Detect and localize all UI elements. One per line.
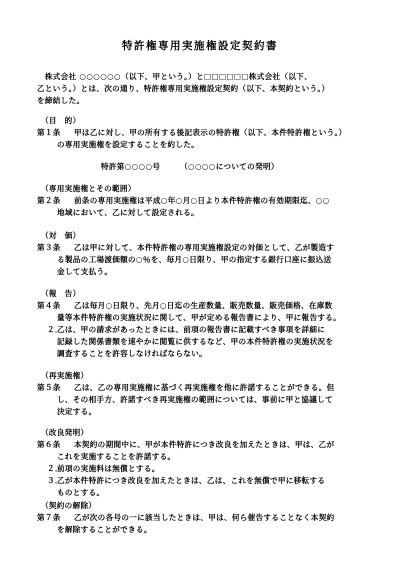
article-text: これを実施することを許諾する。	[57, 452, 175, 462]
patent-line: 特許第○○○○号 （○○○○についての発明）	[101, 162, 279, 172]
article-heading: （報 告）	[41, 289, 80, 299]
article-text: 金して支払う。	[57, 267, 112, 277]
article-number: 第６条	[37, 440, 61, 450]
article-number: 第５条	[37, 383, 61, 393]
sub-item-text: 調査することを許容しなければならない。	[57, 349, 207, 359]
document-title: 特許権専用実施権設定契約書	[0, 38, 400, 53]
article-text: 決定する。	[57, 407, 96, 417]
sub-item-text: 乙は、甲の請求があったときには、前項の報告書に記載すべき事項を詳細に	[57, 325, 325, 335]
sub-item-text: ものとする。	[57, 488, 104, 498]
article-text: 乙は甲に対して、本件特許権の専用実施権設定の対価として、乙が製造す	[74, 243, 334, 253]
article-text: る製品の工場渡価額の○％を、毎月○日限り、甲の指定する銀行口座に振込送	[57, 255, 331, 265]
sub-item-text: 前項の実施料は無償とする。	[57, 464, 160, 474]
article-number: 第２条	[37, 196, 61, 206]
article-text: を解除することができる。	[57, 525, 152, 535]
article-text: 前条の専用実施権は平成○年○月○日より本件特許権の有効期限迄、○○	[74, 196, 330, 206]
article-heading: （対 価）	[41, 231, 80, 241]
article-heading: （目 的）	[41, 116, 80, 126]
article-text: の専用実施権を設定することを約した。	[57, 140, 199, 150]
article-number: 第１条	[37, 128, 61, 138]
article-text: 乙が次の各号の一に該当したときは、甲は、何ら催告することなく本契約	[74, 513, 335, 523]
preamble-line: 乙という。）とは、次の通り、特許権専用実施権設定契約（以下、本契約という。）	[37, 84, 329, 94]
article-number: 第４条	[37, 301, 61, 311]
article-number: 第３条	[37, 243, 61, 253]
article-text: 量等本件特許権の実施状況に関して、甲が定める報告書により、甲に報告する。	[57, 313, 341, 323]
article-text: し、その相手方、許諾すべき再実施権の範囲については、事前に甲と協議して	[57, 395, 333, 405]
sub-item-text: 乙が本件特許につき改良を加えたときは、乙は、これを無償で甲に移転する	[57, 476, 325, 486]
article-heading: （再実施権）	[41, 371, 88, 381]
preamble-line: 株式会社 ○○○○○○（以下、甲という。）と□□□□□□株式会社（以下、	[37, 72, 312, 82]
sub-item-text: 記録した関係書類を速やかに閲覧に供するなど、甲の本件特許権の実施状況を	[57, 337, 333, 347]
article-number: 第７条	[37, 513, 61, 523]
preamble-line: を締結した。	[37, 96, 84, 106]
article-text: 地域において、乙に対して設定される。	[57, 208, 199, 218]
article-heading: （改良発明）	[41, 428, 88, 438]
article-text: 甲は乙に対し、甲の所有する後記表示の特許権（以下、本件特許権という。）	[74, 128, 346, 138]
article-heading: （契約の解除）	[41, 501, 96, 511]
article-text: 乙は、乙の専用実施権に基づく再実施権を他に許諾することができる。但	[74, 383, 335, 393]
contract-page: 特許権専用実施権設定契約書 株式会社 ○○○○○○（以下、甲という。）と□□□□…	[0, 0, 400, 565]
article-heading: （専用実施権とその範囲）	[41, 184, 136, 194]
article-text: 本契約の期間中に、甲が本件特許につき改良を加えたときは、甲は、乙が	[74, 440, 334, 450]
article-text: 乙は毎月○日限り、先月○日迄の生産数量、販売数量、販売価格、在庫数	[74, 301, 333, 311]
